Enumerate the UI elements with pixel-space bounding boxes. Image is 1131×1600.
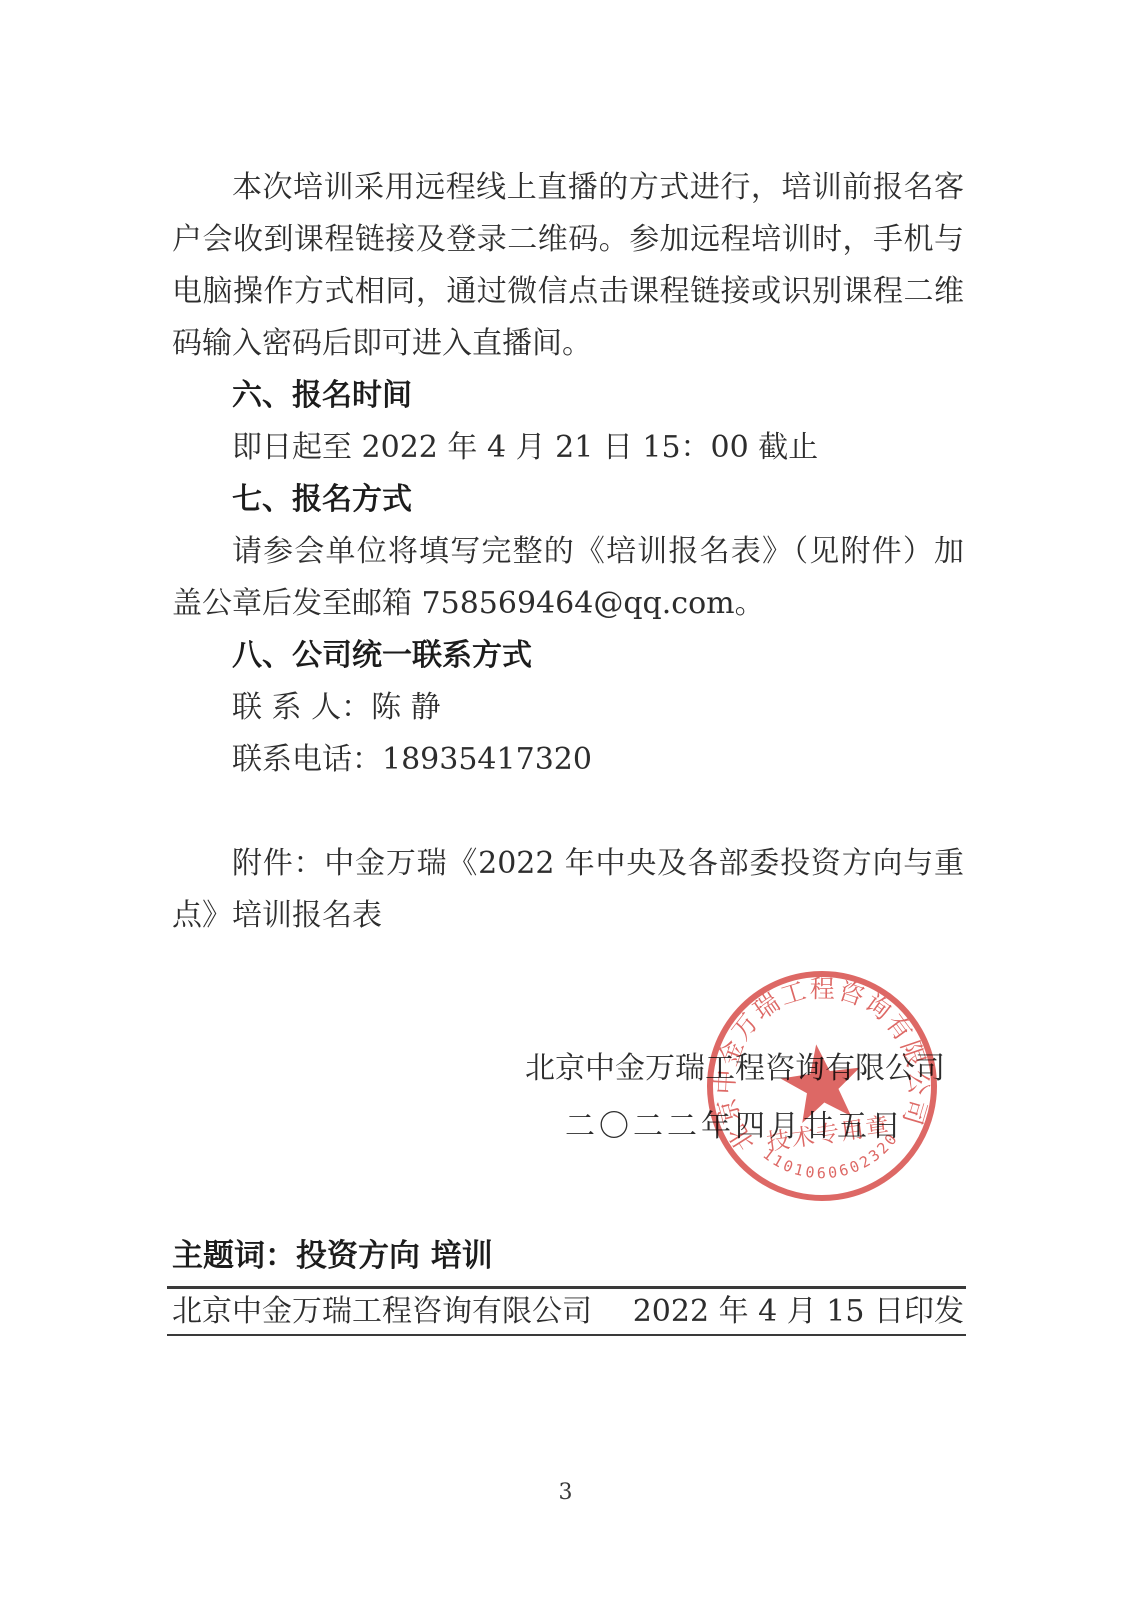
document-body: 本次培训采用远程线上直播的方式进行，培训前报名客户会收到课程链接及登录二维码。参… [172, 162, 964, 942]
attachment-paragraph: 附件：中金万瑞《2022 年中央及各部委投资方向与重点》培训报名表 [172, 838, 964, 942]
footer-issuer-company: 北京中金万瑞工程咨询有限公司 [172, 1292, 592, 1332]
footer-print-date: 2022 年 4 月 15 日印发 [633, 1292, 964, 1332]
footer-issuer-row: 北京中金万瑞工程咨询有限公司 2022 年 4 月 15 日印发 [172, 1292, 964, 1332]
footer-divider-bottom [167, 1334, 966, 1336]
section-heading-registration-time: 六、报名时间 [172, 370, 964, 422]
section-heading-registration-method: 七、报名方式 [172, 474, 964, 526]
intro-paragraph: 本次培训采用远程线上直播的方式进行，培训前报名客户会收到课程链接及登录二维码。参… [172, 162, 964, 370]
contact-phone-line: 联系电话：18935417320 [172, 734, 964, 786]
footer-divider-top [167, 1286, 966, 1289]
spacer [172, 786, 964, 838]
document-page: 本次培训采用远程线上直播的方式进行，培训前报名客户会收到课程链接及登录二维码。参… [0, 0, 1131, 1600]
footer-subject-line: 主题词：投资方向 培训 [172, 1236, 493, 1276]
seal-star-icon [777, 1039, 867, 1125]
registration-method-text: 请参会单位将填写完整的《培训报名表》（见附件）加盖公章后发至邮箱 7585694… [172, 526, 964, 630]
registration-time-text: 即日起至 2022 年 4 月 21 日 15：00 截止 [172, 422, 964, 474]
contact-person-line: 联 系 人：陈 静 [172, 682, 964, 734]
page-number: 3 [0, 1480, 1131, 1505]
company-seal-stamp: 北京中金万瑞工程咨询有限公司 技术专用章 1101060602320 [684, 948, 960, 1224]
section-heading-contact: 八、公司统一联系方式 [172, 630, 964, 682]
